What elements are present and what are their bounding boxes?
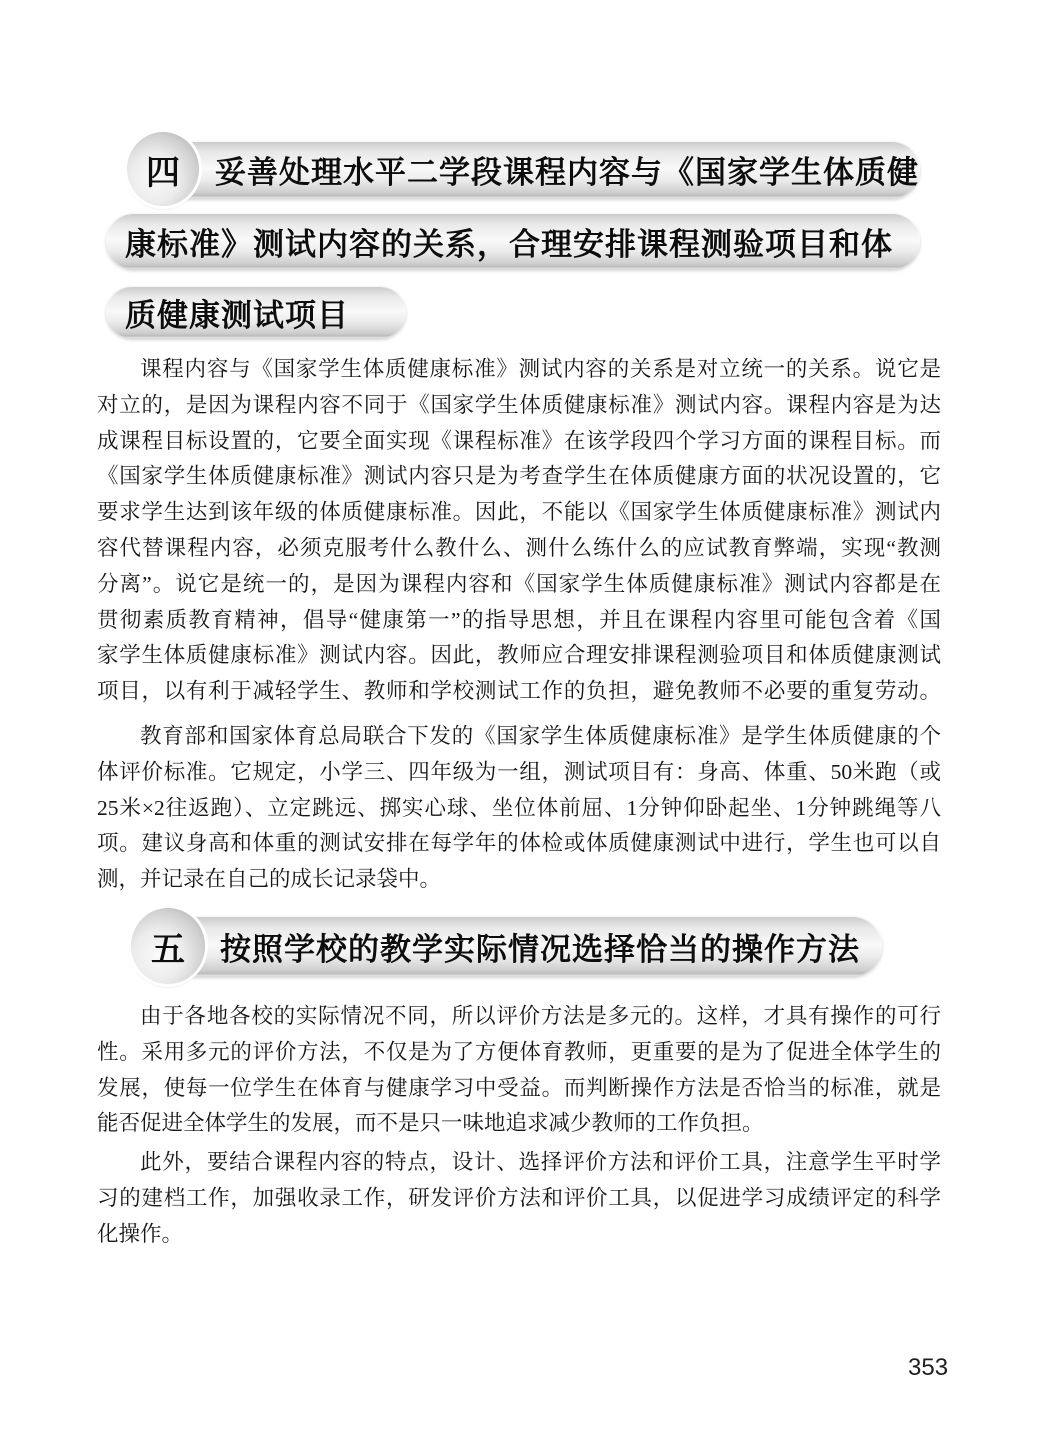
text-line: 容代替课程内容，必须克服考什么教什么、测什么练什么的应试教育弊端，实现“教测 [97, 531, 941, 567]
section-4-title-line-2: 康标准》测试内容的关系，合理安排课程测验项目和体 [125, 219, 893, 264]
text-line: 能否促进全体学生的发展，而不是只一味地追求减少教师的工作负担。 [97, 1106, 941, 1142]
text-line: 化操作。 [97, 1217, 941, 1253]
paragraph-1: 课程内容与《国家学生体质健康标准》测试内容的关系是对立统一的关系。说它是 对立的… [97, 352, 941, 710]
paragraph-2: 教育部和国家体育总局联合下发的《国家学生体质健康标准》是学生体质健康的个 体评价… [97, 719, 941, 898]
section-5-title: 按照学校的教学实际情况选择恰当的操作方法 [220, 924, 860, 969]
text-line: 家学生体质健康标准》测试内容。因此，教师应合理安排课程测验项目和体质健康测试 [97, 638, 941, 674]
text-line: 成课程目标设置的，它要全面实现《课程标准》在该学段四个学习方面的课程目标。而 [97, 424, 941, 460]
section-4-number: 四 [146, 145, 180, 194]
section-4-heading-row-1: 妥善处理水平二学段课程内容与《国家学生体质健 [131, 141, 920, 198]
document-page: 四 妥善处理水平二学段课程内容与《国家学生体质健 康标准》测试内容的关系，合理安… [0, 0, 1038, 1452]
page-number: 353 [908, 1354, 948, 1382]
section-4-title-line-1: 妥善处理水平二学段课程内容与《国家学生体质健 [215, 147, 919, 192]
section-4-heading-row-2: 康标准》测试内容的关系，合理安排课程测验项目和体 [106, 213, 920, 269]
text-line: 习的建档工作，加强收录工作，研发评价方法和评价工具，以促进学习成绩评定的科学 [97, 1181, 941, 1217]
section-5-number: 五 [151, 922, 185, 971]
text-line: 《国家学生体质健康标准》测试内容只是为考查学生在体质健康方面的状况设置的，它 [97, 459, 941, 495]
section-4-title-line-3: 质健康测试项目 [125, 290, 349, 335]
text-line: 性。采用多元的评价方法，不仅是为了方便体育教师，更重要的是为了促进全体学生的 [97, 1035, 941, 1071]
section-5-number-badge: 五 [131, 908, 205, 984]
text-line: 此外，要结合课程内容的特点，设计、选择评价方法和评价工具，注意学生平时学 [97, 1145, 941, 1181]
paragraph-4: 此外，要结合课程内容的特点，设计、选择评价方法和评价工具，注意学生平时学 习的建… [97, 1145, 941, 1252]
text-line: 贯彻素质教育精神，倡导“健康第一”的指导思想，并且在课程内容里可能包含着《国 [97, 603, 941, 639]
text-line: 体评价标准。它规定，小学三、四年级为一组，测试项目有：身高、体重、50米跑（或 [97, 755, 941, 791]
text-line: 发展，使每一位学生在体育与健康学习中受益。而判断操作方法是否恰当的标准，就是 [97, 1071, 941, 1107]
text-line: 由于各地各校的实际情况不同，所以评价方法是多元的。这样，才具有操作的可行 [97, 999, 941, 1035]
paragraph-3: 由于各地各校的实际情况不同，所以评价方法是多元的。这样，才具有操作的可行 性。采… [97, 999, 941, 1142]
section-4-heading-row-3: 质健康测试项目 [106, 286, 406, 338]
text-line: 教育部和国家体育总局联合下发的《国家学生体质健康标准》是学生体质健康的个 [97, 719, 941, 755]
text-line: 25米×2往返跑）、立定跳远、掷实心球、坐位体前屈、1分钟仰卧起坐、1分钟跳绳等… [97, 791, 941, 827]
text-line: 项。建议身高和体重的测试安排在每学年的体检或体质健康测试中进行，学生也可以自 [97, 826, 941, 862]
section-5-heading-row: 按照学校的教学实际情况选择恰当的操作方法 [140, 916, 882, 976]
text-line: 课程内容与《国家学生体质健康标准》测试内容的关系是对立统一的关系。说它是 [97, 352, 941, 388]
text-line: 要求学生达到该年级的体质健康标准。因此，不能以《国家学生体质健康标准》测试内 [97, 495, 941, 531]
text-line: 项目，以有利于减轻学生、教师和学校测试工作的负担，避免教师不必要的重复劳动。 [97, 674, 941, 710]
section-4-number-badge: 四 [127, 132, 199, 206]
text-line: 分离”。说它是统一的，是因为课程内容和《国家学生体质健康标准》测试内容都是在 [97, 567, 941, 603]
text-line: 对立的，是因为课程内容不同于《国家学生体质健康标准》测试内容。课程内容是为达 [97, 388, 941, 424]
text-line: 测，并记录在自己的成长记录袋中。 [97, 862, 941, 898]
